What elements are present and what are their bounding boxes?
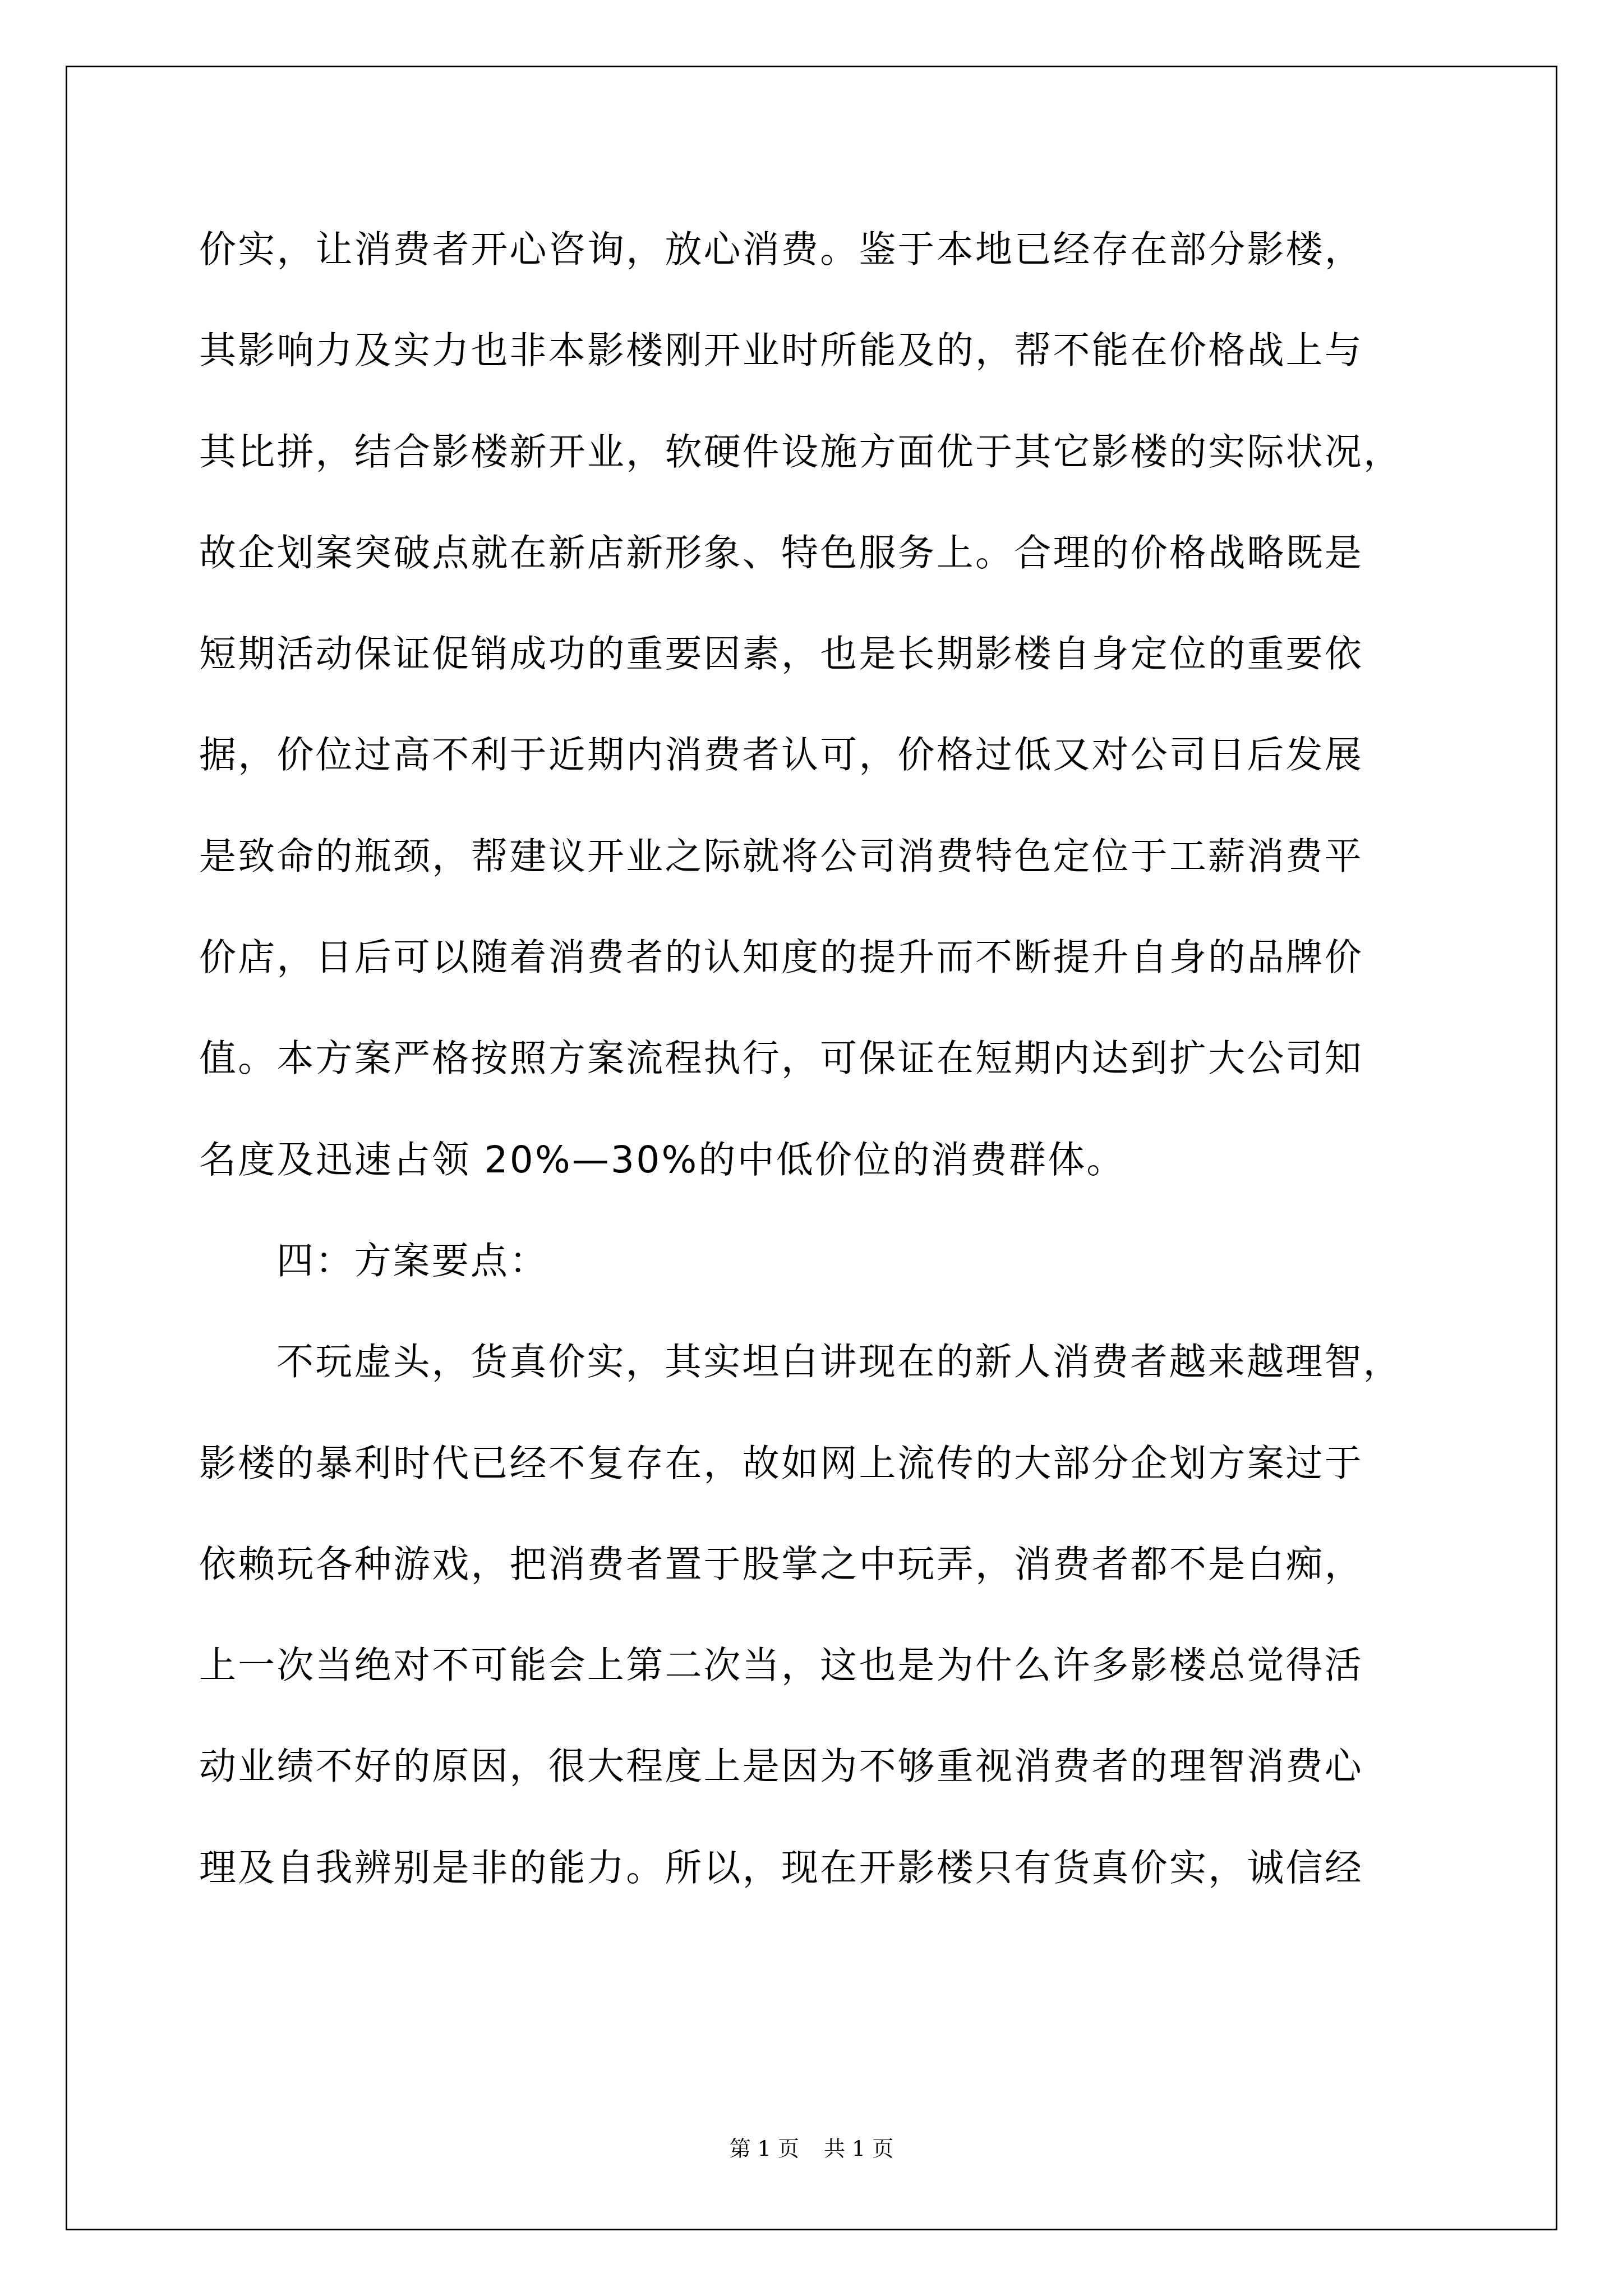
page-number: 第 1 页 [730,2136,799,2161]
text-line-2: 其影响力及实力也非本影楼刚开业时所能及的，帮不能在价格战上与 [199,325,1455,426]
text-line-12: 不玩虚头，货真价实，其实坦白讲现在的新人消费者越来越理智， [199,1337,1455,1438]
text-line-1: 价实，让消费者开心咨询，放心消费。鉴于本地已经存在部分影楼， [199,224,1455,325]
page-total: 共 1 页 [824,2136,893,2161]
text-line-3: 其比拼，结合影楼新开业，软硬件设施方面优于其它影楼的实际状况， [199,427,1455,528]
text-line-14: 依赖玩各种游戏，把消费者置于股掌之中玩弄，消费者都不是白痴， [199,1539,1455,1640]
text-line-10: 名度及迅速占领 20%—30%的中低价位的消费群体。 [199,1135,1455,1236]
text-line-15: 上一次当绝对不可能会上第二次当，这也是为什么许多影楼总觉得活 [199,1640,1455,1741]
page-footer: 第 1 页共 1 页 [0,2132,1623,2165]
text-line-9: 值。本方案严格按照方案流程执行，可保证在短期内达到扩大公司知 [199,1033,1455,1134]
text-line-7: 是致命的瓶颈，帮建议开业之际就将公司消费特色定位于工薪消费平 [199,831,1455,932]
section-heading: 四：方案要点： [199,1236,1455,1337]
text-line-4: 故企划案突破点就在新店新形象、特色服务上。合理的价格战略既是 [199,528,1455,629]
text-line-16: 动业绩不好的原因，很大程度上是因为不够重视消费者的理智消费心 [199,1741,1455,1842]
text-line-17: 理及自我辨别是非的能力。所以，现在开影楼只有货真价实，诚信经 [199,1843,1455,1944]
text-line-13: 影楼的暴利时代已经不复存在，故如网上流传的大部分企划方案过于 [199,1438,1455,1539]
document-body: 价实，让消费者开心咨询，放心消费。鉴于本地已经存在部分影楼， 其影响力及实力也非… [199,224,1455,1944]
text-line-5: 短期活动保证促销成功的重要因素，也是长期影楼自身定位的重要依 [199,629,1455,730]
text-line-6: 据，价位过高不利于近期内消费者认可，价格过低又对公司日后发展 [199,730,1455,831]
text-line-8: 价店，日后可以随着消费者的认知度的提升而不断提升自身的品牌价 [199,932,1455,1033]
